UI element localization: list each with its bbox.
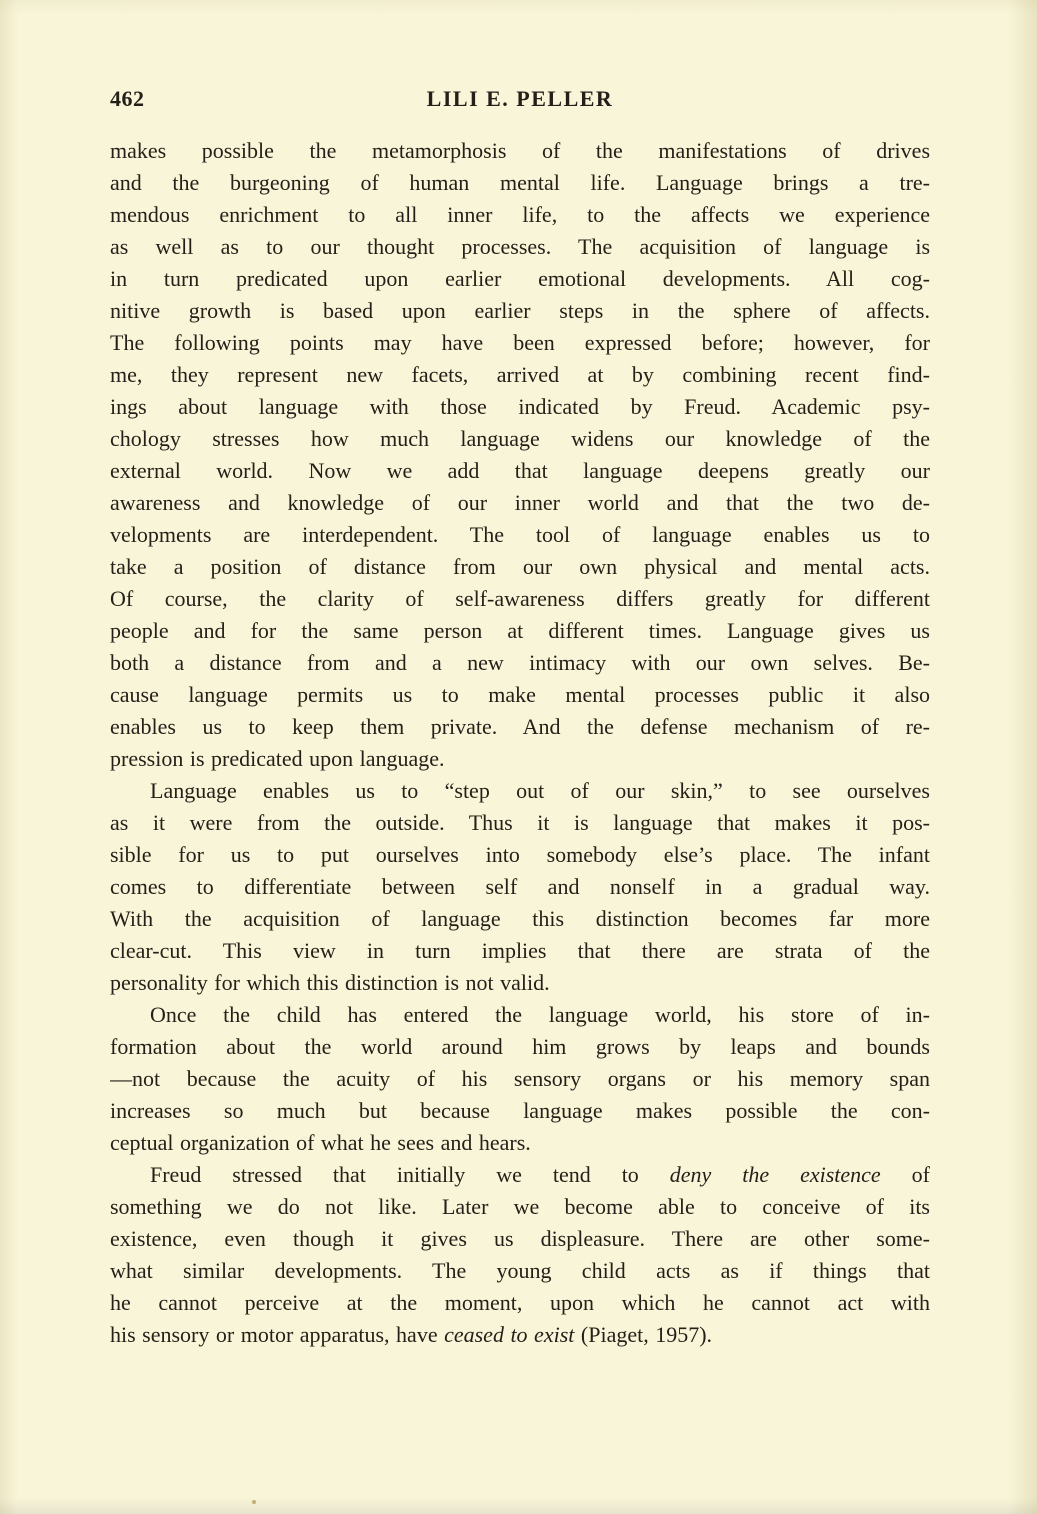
text-line: —not because the acuity of his sensory o… xyxy=(110,1063,930,1095)
text-line: enables us to keep them private. And the… xyxy=(110,711,930,743)
text-line: he cannot perceive at the moment, upon w… xyxy=(110,1287,930,1319)
text-line: what similar developments. The young chi… xyxy=(110,1255,930,1287)
text-run: what similar developments. The young chi… xyxy=(110,1258,930,1283)
text-run: comes to differentiate between self and … xyxy=(110,874,930,899)
text-line: external world. Now we add that language… xyxy=(110,455,930,487)
book-page: 462 LILI E. PELLER makes possible the me… xyxy=(0,0,1037,1514)
text-line: Language enables us to “step out of our … xyxy=(110,775,930,807)
text-run: chology stresses how much language widen… xyxy=(110,426,930,451)
text-run: enables us to keep them private. And the… xyxy=(110,714,930,739)
text-line: makes possible the metamorphosis of the … xyxy=(110,135,930,167)
running-header: 462 LILI E. PELLER xyxy=(110,86,930,116)
text-line: comes to differentiate between self and … xyxy=(110,871,930,903)
text-line: mendous enrichment to all inner life, to… xyxy=(110,199,930,231)
text-run: sible for us to put ourselves into someb… xyxy=(110,842,930,867)
text-line: as well as to our thought processes. The… xyxy=(110,231,930,263)
text-line: Of course, the clarity of self-awareness… xyxy=(110,583,930,615)
text-line: in turn predicated upon earlier emotiona… xyxy=(110,263,930,295)
text-run: as well as to our thought processes. The… xyxy=(110,234,930,259)
text-line: his sensory or motor apparatus, have cea… xyxy=(110,1319,930,1351)
text-run: clear-cut. This view in turn implies tha… xyxy=(110,938,930,963)
text-run: take a position of distance from our own… xyxy=(110,554,930,579)
text-line: formation about the world around him gro… xyxy=(110,1031,930,1063)
text-run: in turn predicated upon earlier emotiona… xyxy=(110,266,930,291)
text-line: sible for us to put ourselves into someb… xyxy=(110,839,930,871)
text-run: me, they represent new facets, arrived a… xyxy=(110,362,930,387)
text-run: The following points may have been expre… xyxy=(110,330,930,355)
text-line: both a distance from and a new intimacy … xyxy=(110,647,930,679)
text-run: Language enables us to “step out of our … xyxy=(150,778,930,803)
text-line: cause language permits us to make mental… xyxy=(110,679,930,711)
text-line: nitive growth is based upon earlier step… xyxy=(110,295,930,327)
text-line: Once the child has entered the language … xyxy=(110,999,930,1031)
text-run: Freud stressed that initially we tend to xyxy=(150,1162,670,1187)
text-line: chology stresses how much language widen… xyxy=(110,423,930,455)
text-line: Freud stressed that initially we tend to… xyxy=(110,1159,930,1191)
text-line: awareness and knowledge of our inner wor… xyxy=(110,487,930,519)
text-run: Of course, the clarity of self-awareness… xyxy=(110,586,930,611)
running-header-title: LILI E. PELLER xyxy=(427,86,614,111)
text-run: and the burgeoning of human mental life.… xyxy=(110,170,930,195)
text-line: as it were from the outside. Thus it is … xyxy=(110,807,930,839)
text-line: increases so much but because language m… xyxy=(110,1095,930,1127)
text-run: existence, even though it gives us displ… xyxy=(110,1226,930,1251)
text-run: as it were from the outside. Thus it is … xyxy=(110,810,930,835)
text-line: and the burgeoning of human mental life.… xyxy=(110,167,930,199)
text-line: me, they represent new facets, arrived a… xyxy=(110,359,930,391)
text-run: people and for the same person at differ… xyxy=(110,618,930,643)
text-run: formation about the world around him gro… xyxy=(110,1034,930,1059)
text-run: mendous enrichment to all inner life, to… xyxy=(110,202,930,227)
text-line: The following points may have been expre… xyxy=(110,327,930,359)
text-line: existence, even though it gives us displ… xyxy=(110,1223,930,1255)
text-line: ceptual organization of what he sees and… xyxy=(110,1127,930,1159)
text-line: clear-cut. This view in turn implies tha… xyxy=(110,935,930,967)
text-run: ceptual organization of what he sees and… xyxy=(110,1130,531,1155)
text-run: he cannot perceive at the moment, upon w… xyxy=(110,1290,930,1315)
text-line: ings about language with those indicated… xyxy=(110,391,930,423)
text-run: (Piaget, 1957). xyxy=(574,1322,712,1347)
text-run: both a distance from and a new intimacy … xyxy=(110,650,930,675)
text-run: personality for which this distinction i… xyxy=(110,970,550,995)
text-run: makes possible the metamorphosis of the … xyxy=(110,138,930,163)
text-run: of xyxy=(881,1162,930,1187)
text-run: Once the child has entered the language … xyxy=(150,1002,930,1027)
text-line: people and for the same person at differ… xyxy=(110,615,930,647)
italic-text-run: deny the existence xyxy=(670,1162,881,1187)
text-line: personality for which this distinction i… xyxy=(110,967,930,999)
text-run: external world. Now we add that language… xyxy=(110,458,930,483)
text-line: velopments are interdependent. The tool … xyxy=(110,519,930,551)
text-run: With the acquisition of language this di… xyxy=(110,906,930,931)
text-run: his sensory or motor apparatus, have xyxy=(110,1322,444,1347)
text-run: something we do not like. Later we becom… xyxy=(110,1194,930,1219)
text-run: pression is predicated upon language. xyxy=(110,746,445,771)
body-text: makes possible the metamorphosis of the … xyxy=(110,135,930,1351)
scan-speck xyxy=(252,1500,256,1504)
text-run: increases so much but because language m… xyxy=(110,1098,930,1123)
text-run: awareness and knowledge of our inner wor… xyxy=(110,490,930,515)
text-run: velopments are interdependent. The tool … xyxy=(110,522,930,547)
text-run: —not because the acuity of his sensory o… xyxy=(110,1066,930,1091)
text-run: cause language permits us to make mental… xyxy=(110,682,930,707)
text-run: ings about language with those indicated… xyxy=(110,394,930,419)
text-line: something we do not like. Later we becom… xyxy=(110,1191,930,1223)
page-number: 462 xyxy=(110,86,145,112)
text-line: take a position of distance from our own… xyxy=(110,551,930,583)
text-line: With the acquisition of language this di… xyxy=(110,903,930,935)
italic-text-run: ceased to exist xyxy=(444,1322,574,1347)
text-run: nitive growth is based upon earlier step… xyxy=(110,298,930,323)
text-line: pression is predicated upon language. xyxy=(110,743,930,775)
